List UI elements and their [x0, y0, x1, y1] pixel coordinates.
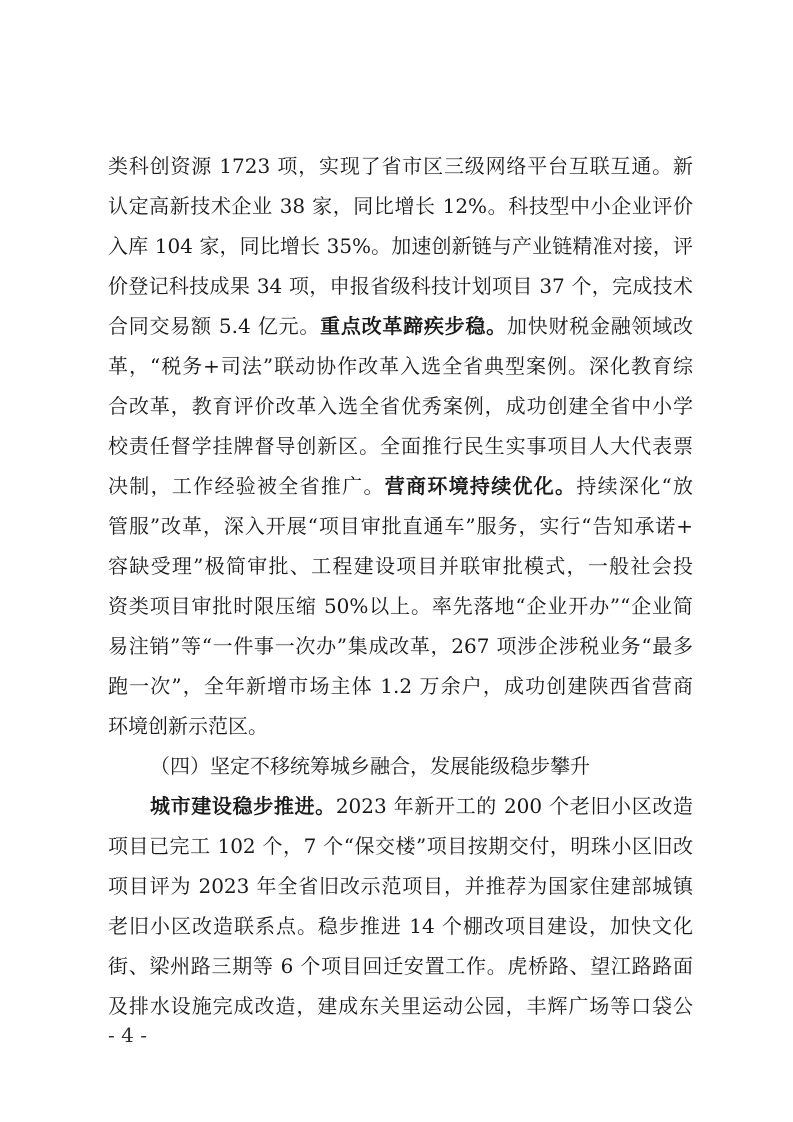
- text-segment: 老旧小区改造联系点。稳步推进 14 个棚改项目建设，加快文化: [108, 914, 693, 938]
- section-heading: （四）坚定不移统筹城乡融合，发展能级稳步攀升: [108, 746, 693, 786]
- text-line: 跑一次”，全年新增市场主体 1.2 万余户，成功创建陕西省营商: [108, 666, 693, 706]
- text-segment: 决制，工作经验被全省推广。: [108, 474, 385, 498]
- text-line: 价登记科技成果 34 项，申报省级科技计划项目 37 个，完成技术: [108, 266, 693, 306]
- text-segment: 类科创资源 1723 项，实现了省市区三级网络平台互联互通。新: [108, 154, 693, 178]
- text-segment: 资类项目审批时限压缩 50%以上。率先落地“企业开办”“企业简: [108, 594, 693, 618]
- text-line: 项目已完工 102 个，7 个“保交楼”项目按期交付，明珠小区旧改: [108, 826, 693, 866]
- text-line: 入库 104 家，同比增长 35%。加速创新链与产业链精准对接，评: [108, 226, 693, 266]
- bold-lead-phrase: 营商环境持续优化。: [385, 474, 577, 498]
- text-segment: 入库 104 家，同比增长 35%。加速创新链与产业链精准对接，评: [108, 234, 693, 258]
- text-segment: 校责任督学挂牌督导创新区。全面推行民生实事项目人大代表票: [108, 434, 693, 458]
- document-page: 类科创资源 1723 项，实现了省市区三级网络平台互联互通。新 认定高新技术企业…: [0, 0, 793, 1122]
- text-line: 合改革，教育评价改革入选全省优秀案例，成功创建全省中小学: [108, 386, 693, 426]
- text-segment: 容缺受理”极简审批、工程建设项目并联审批模式，一般社会投: [108, 554, 693, 578]
- text-line: 校责任督学挂牌督导创新区。全面推行民生实事项目人大代表票: [108, 426, 693, 466]
- text-segment: 合改革，教育评价改革入选全省优秀案例，成功创建全省中小学: [108, 394, 693, 418]
- text-segment: 加快财税金融领域改: [507, 314, 693, 338]
- text-line: 容缺受理”极简审批、工程建设项目并联审批模式，一般社会投: [108, 546, 693, 586]
- text-line: 老旧小区改造联系点。稳步推进 14 个棚改项目建设，加快文化: [108, 906, 693, 946]
- text-line: 合同交易额 5.4 亿元。重点改革蹄疾步稳。加快财税金融领域改: [108, 306, 693, 346]
- text-line: 类科创资源 1723 项，实现了省市区三级网络平台互联互通。新: [108, 146, 693, 186]
- text-segment: 项目已完工 102 个，7 个“保交楼”项目按期交付，明珠小区旧改: [108, 834, 693, 858]
- text-line: 环境创新示范区。: [108, 706, 693, 746]
- text-line: 决制，工作经验被全省推广。营商环境持续优化。持续深化“放: [108, 466, 693, 506]
- text-line: 管服”改革，深入开展“项目审批直通车”服务，实行“告知承诺+: [108, 506, 693, 546]
- bold-lead-phrase: 重点改革蹄疾步稳。: [320, 314, 507, 338]
- text-segment: 跑一次”，全年新增市场主体 1.2 万余户，成功创建陕西省营商: [108, 674, 693, 698]
- text-line: 革，“税务+司法”联动协作改革入选全省典型案例。深化教育综: [108, 346, 693, 386]
- text-line: 城市建设稳步推进。2023 年新开工的 200 个老旧小区改造: [108, 786, 693, 826]
- text-line: 街、梁州路三期等 6 个项目回迁安置工作。虎桥路、望江路路面: [108, 946, 693, 986]
- bold-lead-phrase: 城市建设稳步推进。: [150, 794, 336, 818]
- text-segment: 合同交易额 5.4 亿元。: [108, 314, 320, 338]
- page-number: - 4 -: [108, 1022, 147, 1048]
- text-line: 资类项目审批时限压缩 50%以上。率先落地“企业开办”“企业简: [108, 586, 693, 626]
- text-segment: 易注销”等“一件事一次办”集成改革，267 项涉企涉税业务“最多: [108, 634, 693, 658]
- text-segment: 价登记科技成果 34 项，申报省级科技计划项目 37 个，完成技术: [108, 274, 693, 298]
- text-line: 易注销”等“一件事一次办”集成改革，267 项涉企涉税业务“最多: [108, 626, 693, 666]
- text-segment: 2023 年新开工的 200 个老旧小区改造: [336, 794, 693, 818]
- text-segment: 及排水设施完成改造，建成东关里运动公园，丰辉广场等口袋公: [108, 994, 693, 1018]
- body-text: 类科创资源 1723 项，实现了省市区三级网络平台互联互通。新 认定高新技术企业…: [108, 146, 693, 1026]
- text-line: 项目评为 2023 年全省旧改示范项目，并推荐为国家住建部城镇: [108, 866, 693, 906]
- text-segment: 认定高新技术企业 38 家，同比增长 12%。科技型中小企业评价: [108, 194, 693, 218]
- text-line: 及排水设施完成改造，建成东关里运动公园，丰辉广场等口袋公: [108, 986, 693, 1026]
- text-line: 认定高新技术企业 38 家，同比增长 12%。科技型中小企业评价: [108, 186, 693, 226]
- text-segment: 项目评为 2023 年全省旧改示范项目，并推荐为国家住建部城镇: [108, 874, 693, 898]
- text-segment: 街、梁州路三期等 6 个项目回迁安置工作。虎桥路、望江路路面: [108, 954, 693, 978]
- text-segment: 环境创新示范区。: [108, 714, 268, 738]
- text-segment: 持续深化“放: [576, 474, 693, 498]
- text-segment: 管服”改革，深入开展“项目审批直通车”服务，实行“告知承诺+: [108, 514, 693, 538]
- text-segment: 革，“税务+司法”联动协作改革入选全省典型案例。深化教育综: [108, 354, 693, 378]
